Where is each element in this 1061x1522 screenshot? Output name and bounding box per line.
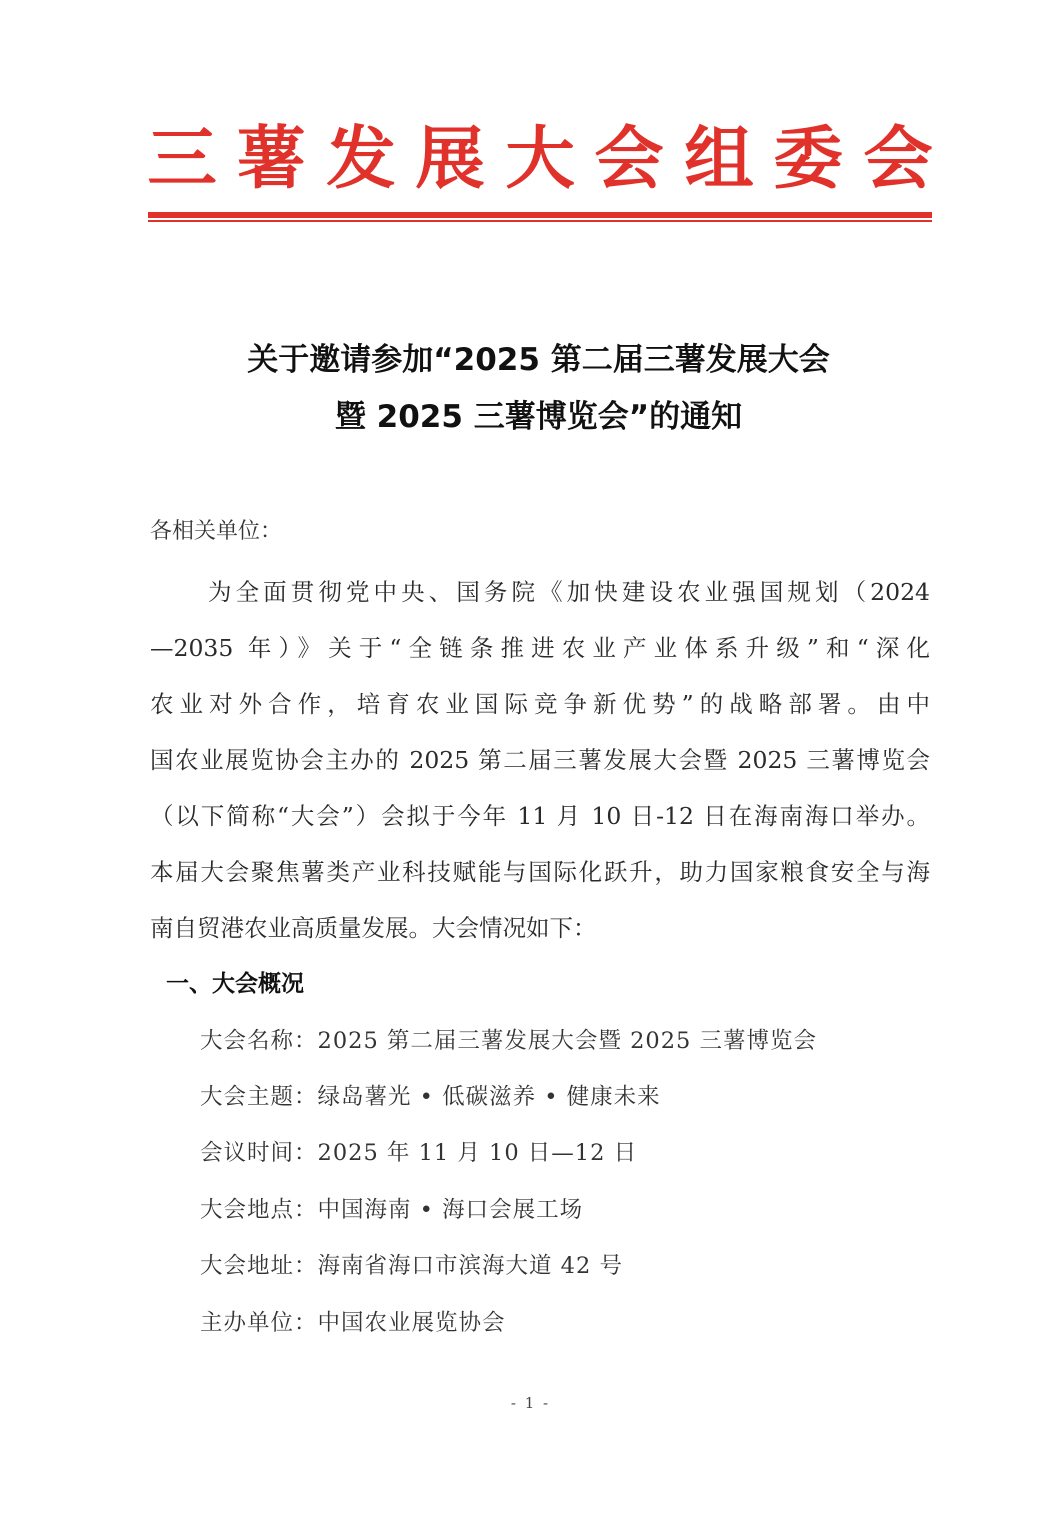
paragraph-line: （以下简称“大会”）会拟于今年 11 月 10 日-12 日在海南海口举办。 [150,798,930,834]
salutation: 各相关单位： [150,516,282,548]
info-row-time: 会议时间：2025 年 11 月 10 日—12 日 [200,1136,637,1170]
letterhead-char: 会 [863,118,932,202]
document-title-line-2: 暨 2025 三薯博览会”的通知 [8,397,1061,437]
info-label: 大会名称： [200,1028,318,1054]
paragraph-line: —2035 年）》关于“全链条推进农业产业体系升级”和“深化 [150,630,930,666]
letterhead-char: 组 [684,118,753,202]
paragraph-line: 南自贸港农业高质量发展。大会情况如下： [150,910,930,946]
info-row-address: 大会地址：海南省海口市滨海大道 42 号 [200,1249,623,1283]
info-label: 会议时间： [200,1140,318,1166]
letterhead-char: 展 [416,118,485,202]
info-value: 2025 年 11 月 10 日—12 日 [318,1140,638,1166]
info-value: 中国农业展览协会 [318,1310,506,1336]
info-value: 绿岛薯光 • 低碳滋养 • 健康未来 [318,1084,661,1110]
paragraph-line: 国农业展览协会主办的 2025 第二届三薯发展大会暨 2025 三薯博览会 [150,742,930,778]
page-number: - 1 - [0,1394,1061,1412]
info-row-theme: 大会主题：绿岛薯光 • 低碳滋养 • 健康未来 [200,1080,661,1114]
letterhead-title: 三 薯 发 展 大 会 组 委 会 [148,118,932,202]
info-label: 大会地址： [200,1253,318,1279]
letterhead-char: 薯 [237,118,306,202]
info-value: 海南省海口市滨海大道 42 号 [318,1253,623,1279]
letterhead-char: 委 [774,118,843,202]
info-label: 大会地点： [200,1197,318,1223]
info-row-venue: 大会地点：中国海南 • 海口会展工场 [200,1193,583,1227]
info-row-organizer: 主办单位：中国农业展览协会 [200,1306,506,1340]
document-title-line-1: 关于邀请参加“2025 第二届三薯发展大会 [8,340,1061,380]
letterhead-char: 三 [147,118,216,202]
info-row-name: 大会名称：2025 第二届三薯发展大会暨 2025 三薯博览会 [200,1024,817,1058]
letterhead-char: 会 [595,118,664,202]
info-value: 2025 第二届三薯发展大会暨 2025 三薯博览会 [318,1028,817,1054]
paragraph-line: 本届大会聚焦薯类产业科技赋能与国际化跃升，助力国家粮食安全与海 [150,854,930,890]
letterhead-char: 发 [326,118,395,202]
paragraph-line: 农业对外合作，培育农业国际竞争新优势”的战略部署。由中 [150,686,930,722]
letterhead-divider-thick [148,212,932,218]
letterhead-char: 大 [505,118,574,202]
info-value: 中国海南 • 海口会展工场 [318,1197,584,1223]
section-heading: 一、大会概况 [166,968,304,1000]
info-label: 大会主题： [200,1084,318,1110]
letterhead-divider-thin [148,220,932,222]
paragraph-line: 为全面贯彻党中央、国务院《加快建设农业强国规划（2024 [208,574,930,610]
info-label: 主办单位： [200,1310,318,1336]
